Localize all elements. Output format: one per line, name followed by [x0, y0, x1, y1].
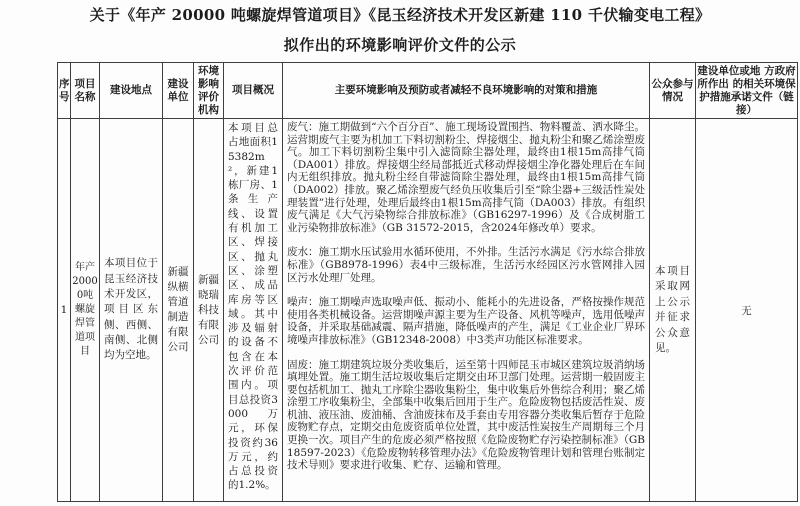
page-title-line1: 关于《年产 20000 吨螺旋焊管道项目》《昆玉经济技术开发区新建 110 千伏… [0, 5, 800, 25]
header-commitment-file: 建设单位或地 方政府所作出 的相关环境保护措施承诺文件（链接） [696, 63, 798, 119]
cell-project-name: 年产20000吨螺旋焊管道项目 [71, 119, 100, 502]
page: { "title": { "line1": "关于《年产 20000 吨螺旋焊管… [0, 0, 800, 506]
header-eia-agency: 环境影响评价机构 [194, 63, 224, 119]
page-title-line2: 拟作出的环境影响评价文件的公示 [0, 35, 800, 55]
measures-paragraph-gas: 废气：施工期做到“六个百分百”、施工现场设置围挡、物料覆盖、洒水降尘。运营期废气… [287, 121, 645, 234]
cell-measures: 废气：施工期做到“六个百分百”、施工现场设置围挡、物料覆盖、洒水降尘。运营期废气… [283, 119, 650, 502]
cell-commitment: 无 [696, 119, 798, 502]
cell-builder: 新疆纵横管道制造有限公司 [163, 119, 194, 502]
cell-eia-agency: 新疆晓瑞科技有限公司 [194, 119, 224, 502]
header-seq: 序号 [58, 63, 71, 119]
cell-seq: 1 [58, 119, 71, 502]
header-builder: 建设单位 [163, 63, 194, 119]
cell-public-participation: 本项目采取网上公示并征求公众意见。 [650, 119, 696, 502]
header-project-name: 项目名称 [71, 63, 100, 119]
header-overview: 项目概况 [224, 63, 283, 119]
measures-paragraph-solid-waste: 固废：施工期建筑垃圾分类收集后，运至第十四师昆玉市城区建筑垃圾消纳场填埋处置。施… [287, 359, 645, 472]
table-header-row: 序号 项目名称 建设地点 建设单位 环境影响评价机构 项目概况 主要环境影响及预… [58, 63, 798, 119]
measures-paragraph-noise: 噪声：施工期噪声选取噪声低、振动小、能耗小的先进设备，严格按操作规范使用各类机械… [287, 296, 645, 346]
header-measures: 主要环境影响及预防或者减轻不良环境影响的对策和措施 [283, 63, 650, 119]
cell-overview: 本项目总占地面积15382m²，新建1栋厂房、1条生产线、设置有机加工区、焊接区… [224, 119, 283, 502]
header-public-participation: 公众参与情况 [650, 63, 696, 119]
table-row: 1 年产20000吨螺旋焊管道项目 本项目位于昆玉经济技术开发区，项目区东侧、西… [58, 119, 798, 502]
page-title: 关于《年产 20000 吨螺旋焊管道项目》《昆玉经济技术开发区新建 110 千伏… [0, 0, 800, 55]
header-location: 建设地点 [100, 63, 163, 119]
notice-table: 序号 项目名称 建设地点 建设单位 环境影响评价机构 项目概况 主要环境影响及预… [57, 62, 798, 502]
measures-paragraph-wastewater: 废水：施工期水压试验用水循环使用，不外排。生活污水满足《污水综合排放标准》（GB… [287, 246, 645, 284]
cell-location: 本项目位于昆玉经济技术开发区，项目区东侧、西侧、南侧、北侧均为空地。 [100, 119, 163, 502]
